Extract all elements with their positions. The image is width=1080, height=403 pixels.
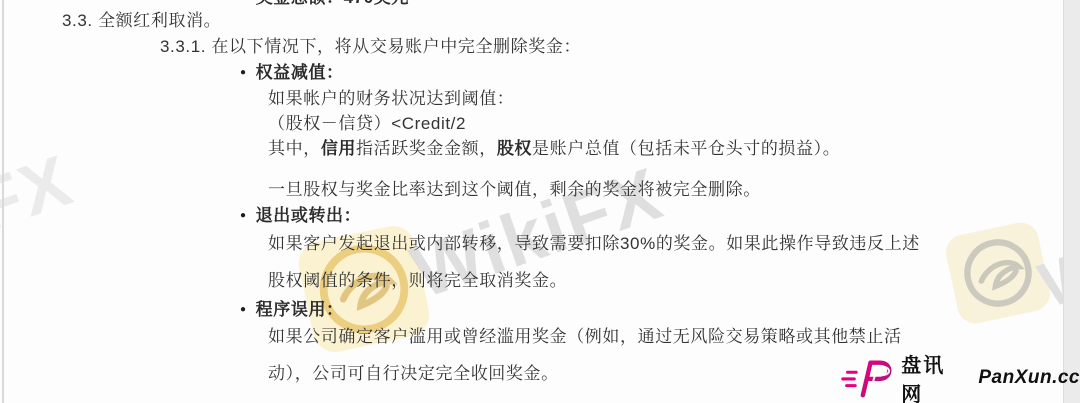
document-page: WikiFX WikiFX WikiFX ●奖金总额：470美元 3.3. 全额…	[0, 0, 1080, 403]
panxun-logo-icon	[838, 356, 897, 400]
page-left-border	[2, 0, 4, 403]
misuse-rule-line-2: 动），公司可自行决定完全收回奖金。	[268, 364, 559, 384]
equity-term: 股权	[497, 139, 532, 158]
program-misuse-title: 程序误用：	[256, 300, 344, 319]
withdrawal-rule-line-1: 如果客户发起退出或内部转移，导致需要扣除30%的奖金。如果此操作导致违反上述	[268, 234, 920, 254]
bullet-icon: ●	[240, 67, 247, 78]
withdrawal-transfer-bullet: ●退出或转出：	[240, 206, 361, 226]
site-domain: PanXun.cc	[978, 367, 1080, 389]
threshold-consequence-line: 一旦股权与奖金比率达到这个阈值，剩余的奖金将被完全删除。	[268, 180, 761, 200]
definition-text: 其中，	[268, 139, 321, 158]
equity-reduction-title: 权益减值：	[256, 63, 344, 82]
definition-text: 是账户总值（包括未平仓头寸的损益）。	[532, 139, 840, 158]
definition-text: 指活跃奖金金额，	[356, 139, 497, 158]
threshold-intro-line: 如果帐户的财务状况达到阈值：	[268, 89, 514, 109]
page-right-margin-strip	[1063, 0, 1080, 403]
bullet-icon: ●	[240, 0, 247, 3]
section-3-3-1-heading: 3.3.1. 在以下情况下，将从交易账户中完全删除奖金：	[160, 37, 581, 57]
definition-line: 其中，信用指活跃奖金金额，股权是账户总值（包括未平仓头寸的损益）。	[268, 139, 840, 159]
section-3-3-heading: 3.3. 全额红利取消。	[62, 11, 221, 31]
equity-reduction-bullet: ●权益减值：	[240, 63, 344, 83]
bullet-icon: ●	[240, 304, 247, 315]
formula-line: （股权－信贷）<Credit/2	[268, 114, 466, 134]
program-misuse-bullet: ●程序误用：	[240, 300, 344, 320]
withdrawal-transfer-title: 退出或转出：	[256, 206, 362, 225]
misuse-rule-line-1: 如果公司确定客户滥用或曾经滥用奖金（例如，通过无风险交易策略或其他禁止活	[268, 327, 902, 347]
withdrawal-rule-line-2: 股权阈值的条件，则将完全取消奖金。	[268, 271, 567, 291]
credit-term: 信用	[321, 139, 356, 158]
bonus-total-text: 奖金总额：470美元	[256, 0, 409, 7]
bonus-total-line-cutoff: ●奖金总额：470美元	[240, 0, 409, 8]
bullet-icon: ●	[240, 210, 247, 221]
wikifx-watermark-left: WikiFX	[0, 139, 83, 298]
panxun-brand: 盘讯网 PanXun.cc	[838, 356, 1080, 400]
site-name: 盘讯网	[901, 349, 964, 403]
